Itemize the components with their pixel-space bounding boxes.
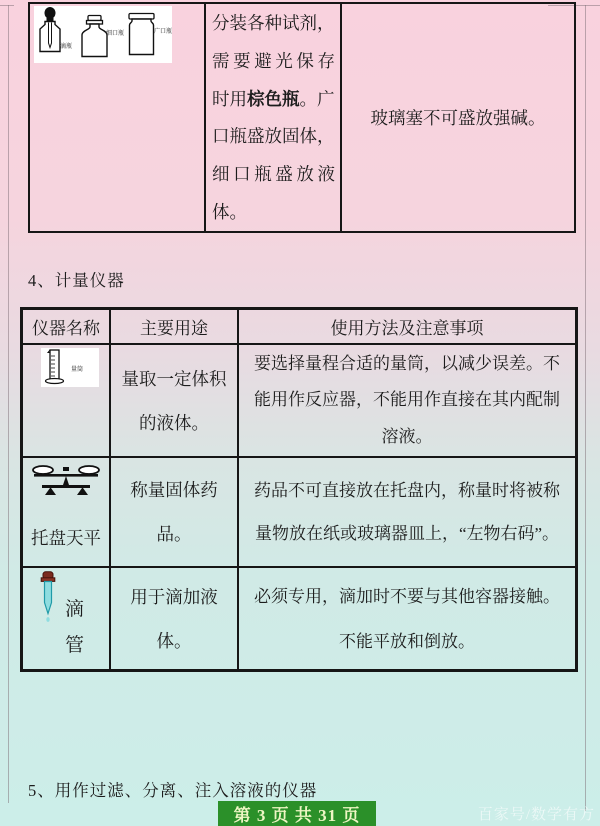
notes-cell-dropper: 必须专用，滴加时不要与其他容器接触。 不能平放和倒放。 (239, 568, 575, 669)
text-boundary-left (8, 5, 9, 803)
cylinder-image: 量筒 (41, 348, 99, 387)
document-page: 滴瓶 细口瓶 广口瓶 分装各种试剂， 需要避光保存 时用棕色瓶。广 口瓶盛放固体… (0, 0, 600, 826)
text-boundary-top-left (0, 5, 14, 6)
usage-text-bold: 棕色瓶 (247, 89, 300, 109)
usage-text: 时用 (212, 89, 247, 109)
balance-label: 托盘天平 (31, 525, 101, 550)
column-header-instrument: 仪器名称 (23, 310, 111, 345)
usage-cell-dropper: 用于滴加液 体。 (111, 568, 239, 669)
usage-cell-balance: 称量固体药 品。 (111, 458, 239, 568)
dropper-label: 滴管 (65, 592, 87, 664)
page-number-badge: 第 3 页 共 31 页 (218, 801, 376, 826)
usage-line: 细口瓶盛放液 (212, 156, 335, 194)
bottle-image-cell: 滴瓶 细口瓶 广口瓶 (30, 4, 206, 231)
section-4-heading: 4、计量仪器 (28, 267, 125, 291)
column-header-notes: 使用方法及注意事项 (239, 310, 575, 345)
notes-cell-cylinder: 要选择量程合适的量筒，以减少误差。不 能用作反应器，不能用作直接在其内配制 溶液… (239, 345, 575, 458)
dropper-icon (39, 571, 57, 625)
bottle-note-cell: 玻璃塞不可盛放强碱。 (342, 4, 574, 231)
watermark: 百家号/数学有方 (478, 803, 595, 824)
usage-cell-cylinder: 量取一定体积 的液体。 (111, 345, 239, 458)
narrow-mouth-bottle-label: 细口瓶 (106, 31, 124, 38)
usage-line: 需要避光保存 (212, 43, 335, 81)
cylinder-label: 量筒 (71, 364, 83, 373)
notes-cell-balance: 药品不可直接放在托盘内，称量时将被称 量物放在纸或玻璃器皿上，“左物右码”。 (239, 458, 575, 568)
balance-icon (28, 463, 104, 499)
usage-line: 时用棕色瓶。广 (212, 81, 335, 119)
bottle-image: 滴瓶 细口瓶 广口瓶 (34, 6, 172, 63)
bottle-usage-cell: 分装各种试剂， 需要避光保存 时用棕色瓶。广 口瓶盛放固体， 细口瓶盛放液 体。 (206, 4, 342, 231)
usage-line: 体。 (212, 194, 335, 231)
section-5-heading: 5、用作过滤、分离、注入溶液的仪器 (28, 777, 317, 801)
usage-line: 分装各种试剂， (212, 5, 335, 43)
instrument-cell-dropper: 滴管 (23, 568, 111, 669)
instrument-cell-balance: 托盘天平 (23, 458, 111, 568)
usage-text: 。广 (300, 89, 335, 109)
reagent-bottles-icon (34, 6, 172, 63)
graduated-cylinder-icon (41, 348, 67, 385)
wide-mouth-bottle-label: 广口瓶 (154, 29, 172, 36)
reagent-bottle-table: 滴瓶 细口瓶 广口瓶 分装各种试剂， 需要避光保存 时用棕色瓶。广 口瓶盛放固体… (28, 2, 576, 233)
measuring-instruments-table: 仪器名称 主要用途 使用方法及注意事项 量筒 量取一定体积 的液体 (20, 307, 578, 672)
text-boundary-right (585, 5, 586, 811)
usage-line: 口瓶盛放固体， (212, 118, 335, 156)
dropper-bottle-label: 滴瓶 (60, 44, 72, 51)
column-header-usage: 主要用途 (111, 310, 239, 345)
instrument-cell-cylinder: 量筒 (23, 345, 111, 458)
